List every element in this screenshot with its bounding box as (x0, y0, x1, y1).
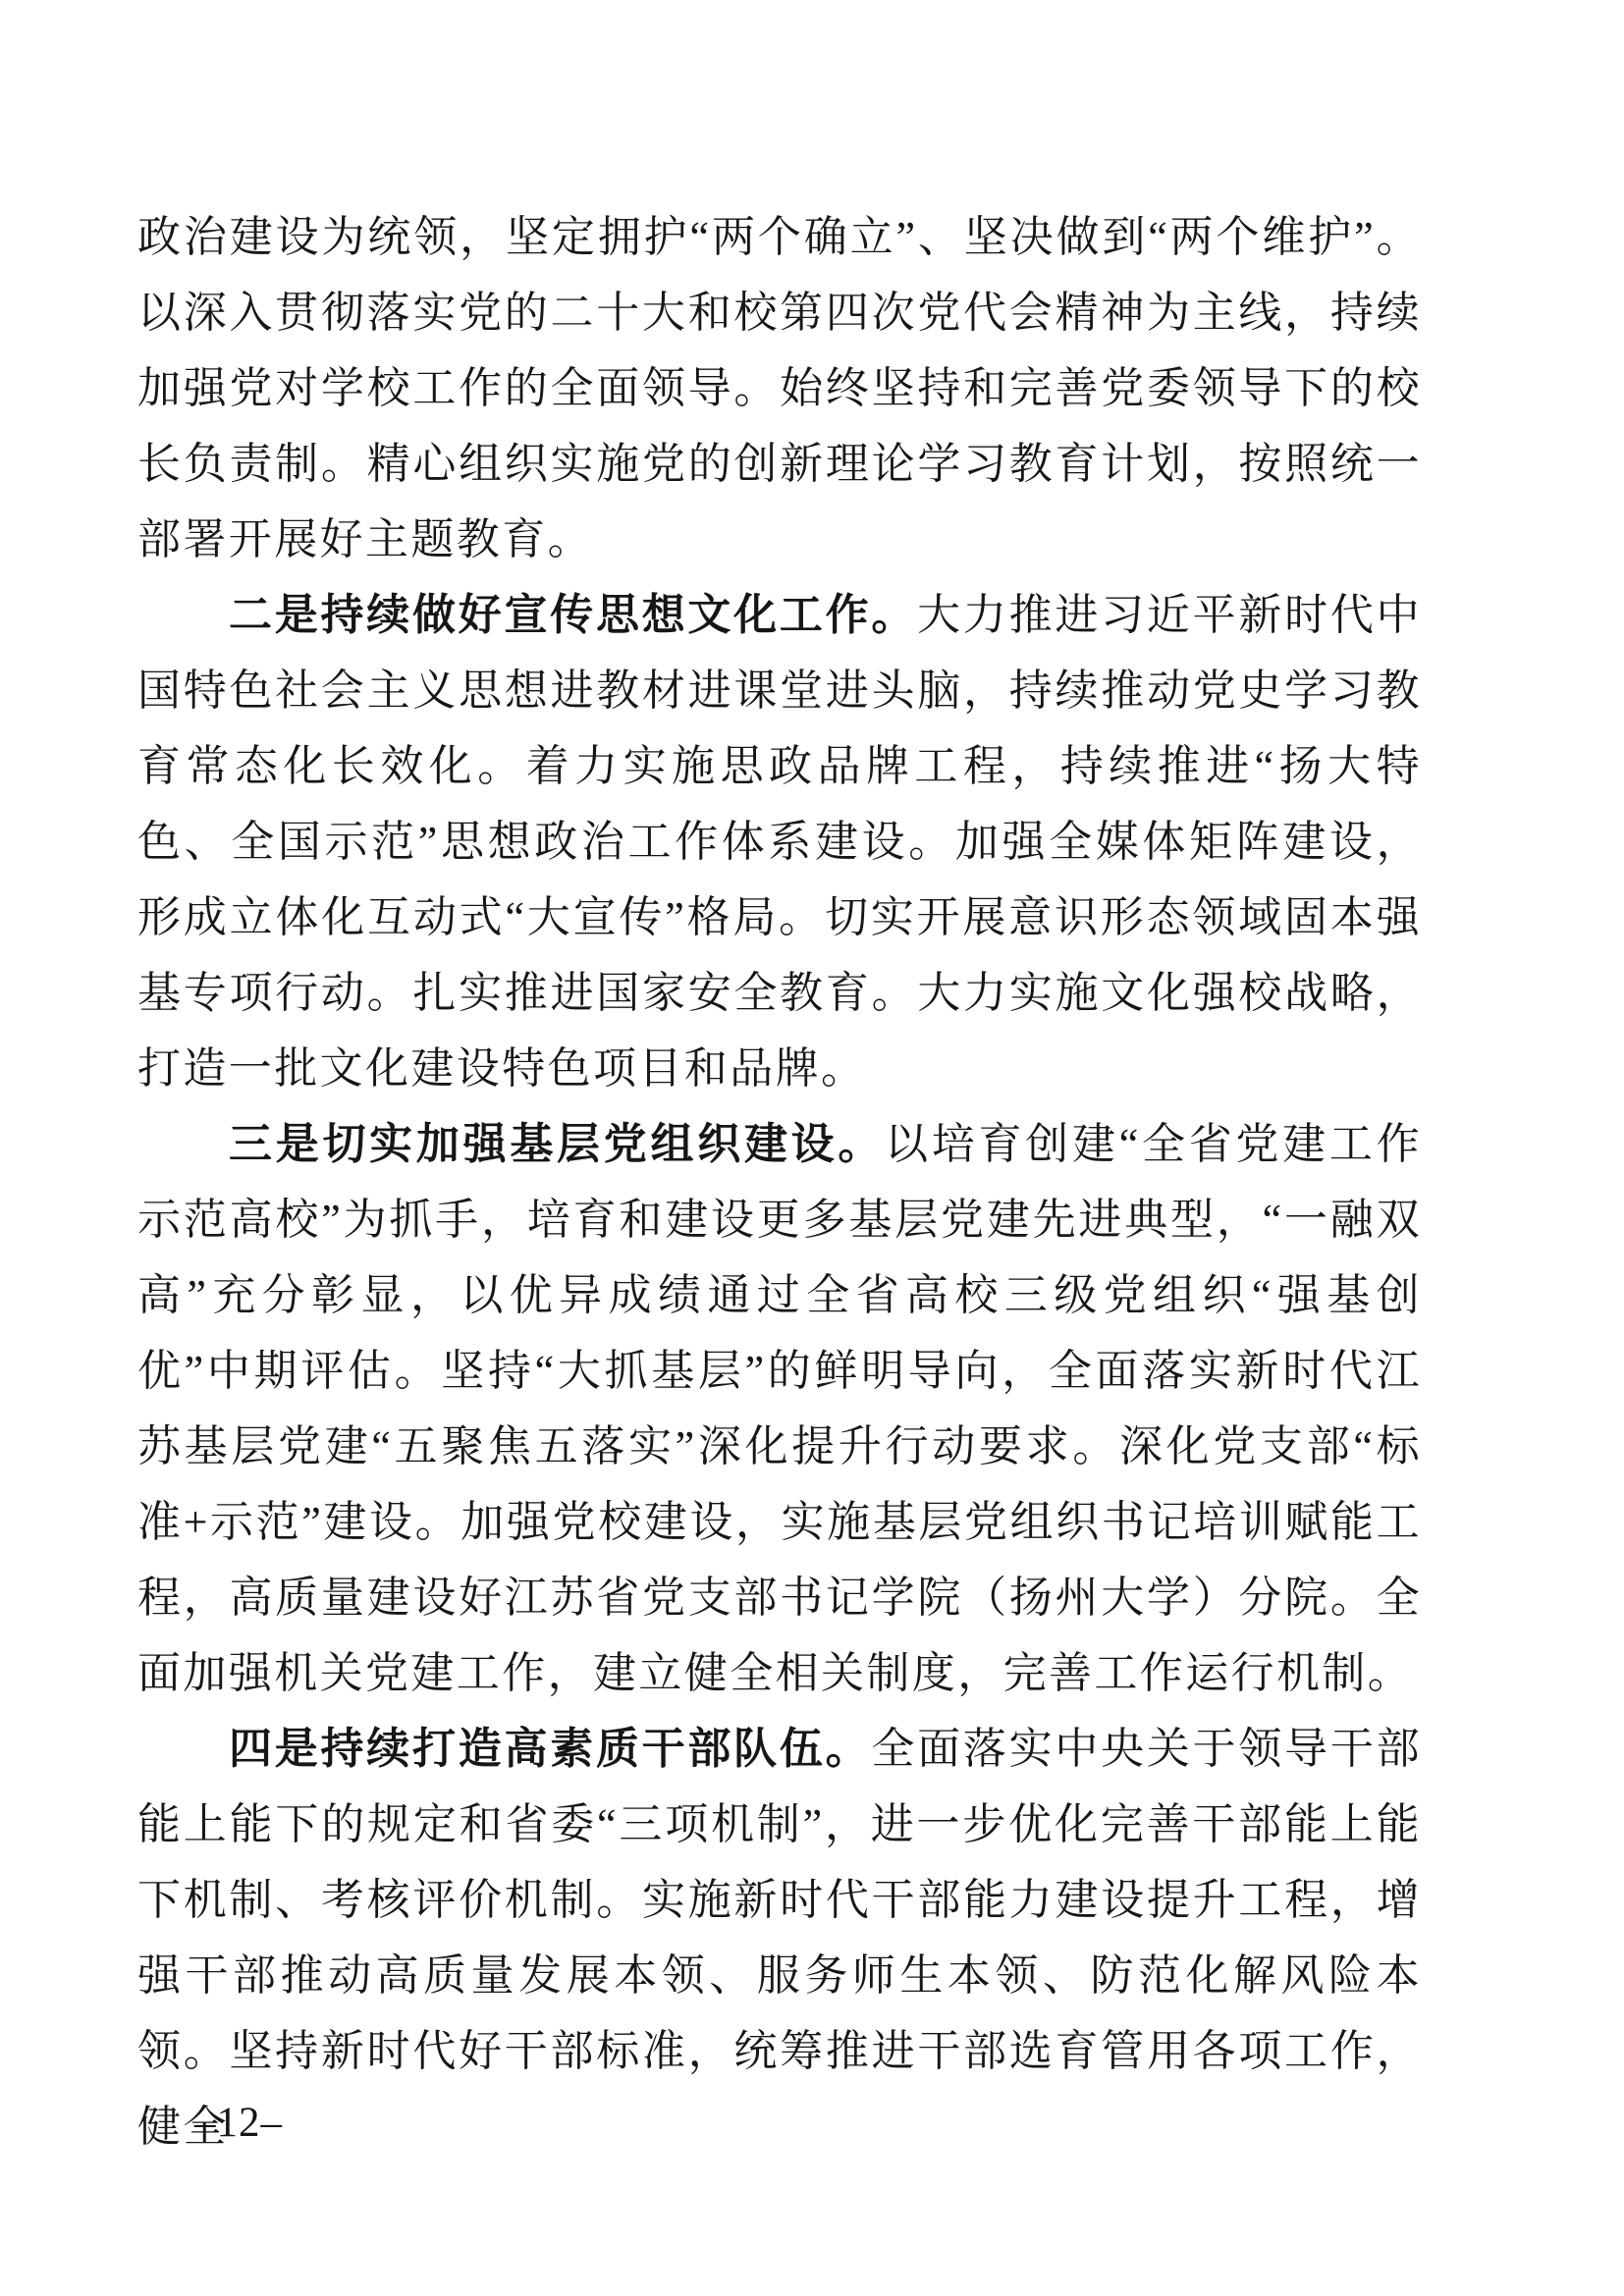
page-number: –12– (194, 2099, 283, 2147)
paragraph-4-text: 全面落实中央关于领导干部能上能下的规定和省委“三项机制”，进一步优化完善干部能上… (137, 1725, 1422, 2151)
paragraph-3-lead: 三是切实加强基层党组织建设。 (229, 1120, 885, 1168)
paragraph-4: 四是持续打造高素质干部队伍。全面落实中央关于领导干部能上能下的规定和省委“三项机… (137, 1711, 1422, 2164)
document-page: 政治建设为统领，坚定拥护“两个确立”、坚决做到“两个维护”。以深入贯彻落实党的二… (0, 0, 1624, 2296)
paragraph-2: 二是持续做好宣传思想文化工作。大力推进习近平新时代中国特色社会主义思想进教材进课… (137, 577, 1422, 1106)
document-body: 政治建设为统领，坚定拥护“两个确立”、坚决做到“两个维护”。以深入贯彻落实党的二… (137, 199, 1422, 2164)
paragraph-2-lead: 二是持续做好宣传思想文化工作。 (229, 591, 917, 639)
paragraph-2-text: 大力推进习近平新时代中国特色社会主义思想进教材进课堂进头脑，持续推动党史学习教育… (137, 591, 1422, 1093)
paragraph-1: 政治建设为统领，坚定拥护“两个确立”、坚决做到“两个维护”。以深入贯彻落实党的二… (137, 199, 1422, 577)
paragraph-4-lead: 四是持续打造高素质干部队伍。 (229, 1725, 871, 1773)
paragraph-3-text: 以培育创建“全省党建工作示范高校”为抓手，培育和建设更多基层党建先进典型，“一融… (137, 1120, 1422, 1697)
paragraph-1-text: 政治建设为统领，坚定拥护“两个确立”、坚决做到“两个维护”。以深入贯彻落实党的二… (137, 213, 1422, 563)
paragraph-3: 三是切实加强基层党组织建设。以培育创建“全省党建工作示范高校”为抓手，培育和建设… (137, 1106, 1422, 1711)
